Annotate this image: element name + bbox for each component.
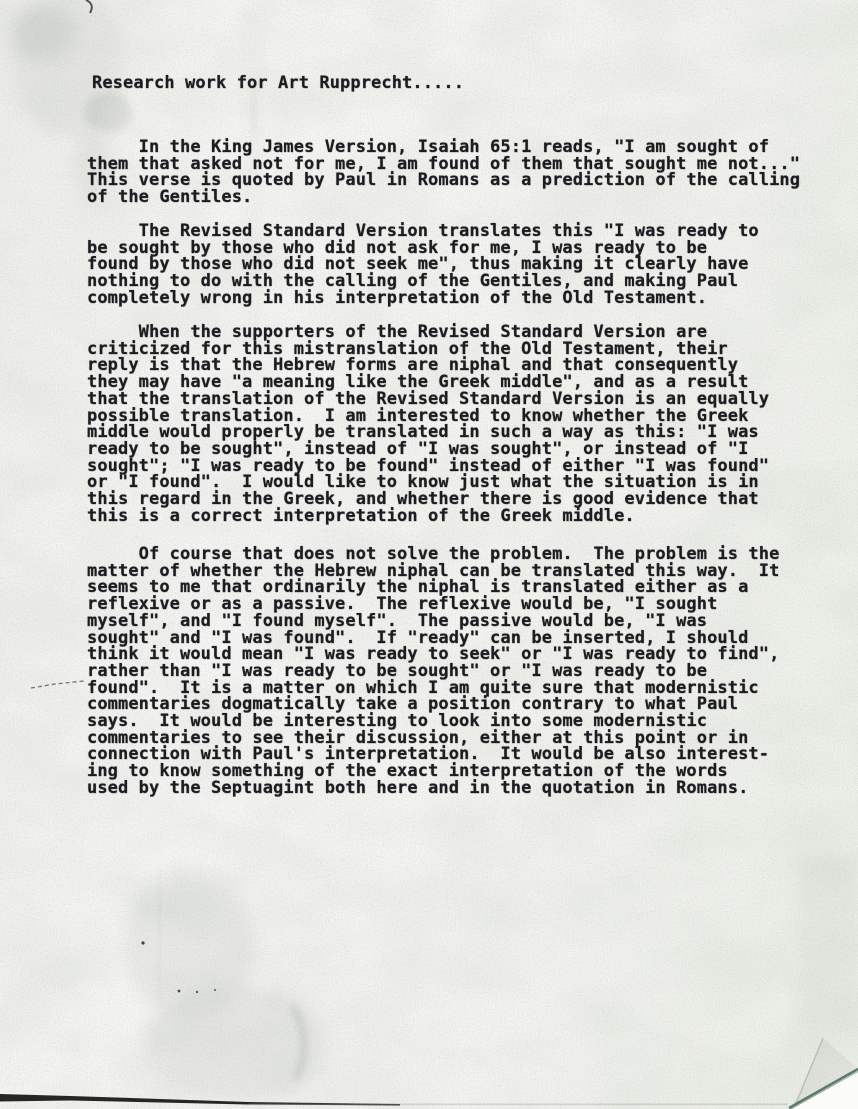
- margin-scratch: [31, 681, 84, 688]
- bottom-edge-shadow: [0, 1094, 788, 1106]
- paragraph-greek-middle: When the supporters of the Revised Stand…: [87, 324, 769, 524]
- paragraph-niphal-discussion: Of course that does not solve the proble…: [87, 546, 779, 797]
- paragraph-king-james: In the King James Version, Isaiah 65:1 r…: [87, 139, 800, 206]
- paragraph-revised-standard: The Revised Standard Version translates …: [87, 223, 759, 307]
- lower-left-speckles: [125, 870, 255, 1020]
- folded-corner: [789, 1038, 858, 1109]
- bottom-smudge: [143, 987, 327, 1103]
- right-edge-band: [798, 855, 858, 1025]
- document-title: Research work for Art Rupprecht.....: [92, 75, 464, 92]
- top-edge-mark: [86, 0, 92, 13]
- scanned-document-page: Research work for Art Rupprecht..... In …: [0, 0, 858, 1109]
